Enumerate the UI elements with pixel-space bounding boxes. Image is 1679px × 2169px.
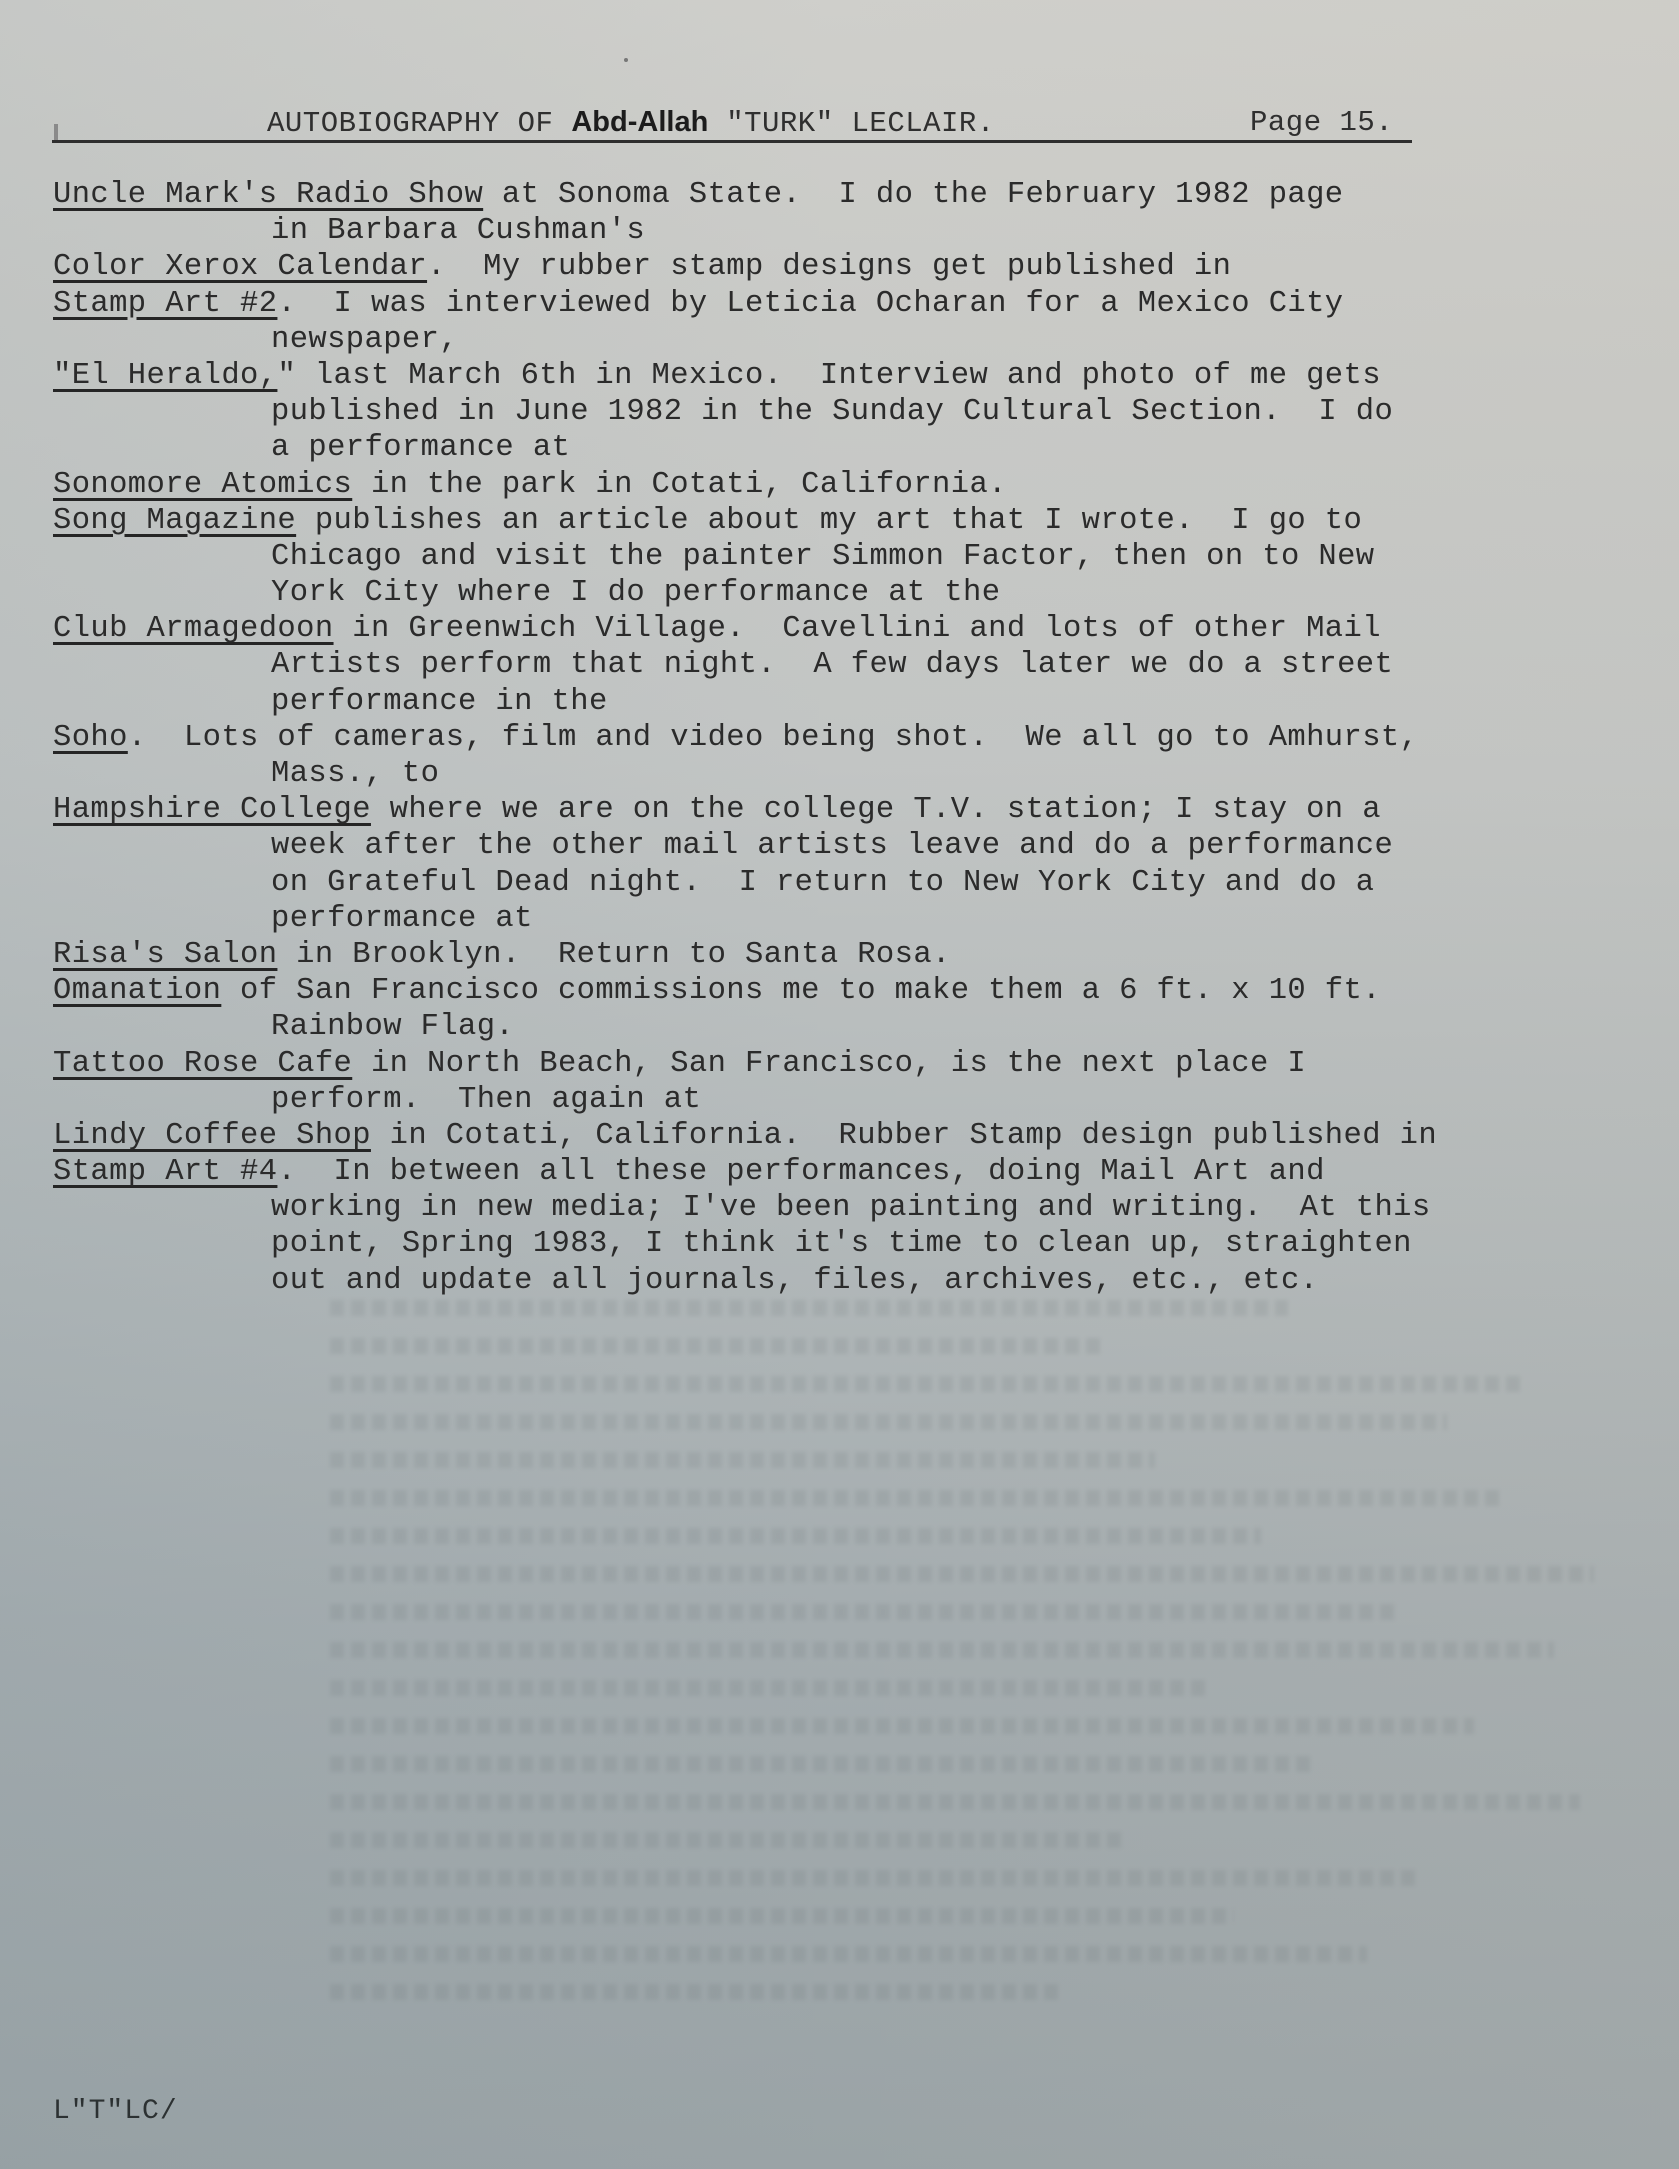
- continuation-line: newspaper,: [53, 322, 1673, 358]
- underlined-venue-title: Stamp Art #4: [53, 1155, 277, 1189]
- line-text: in North Beach, San Francisco, is the ne…: [352, 1047, 1306, 1081]
- body-text: Uncle Mark's Radio Show at Sonoma State.…: [53, 177, 1673, 1299]
- entry-line: Club Armagedoon in Greenwich Village. Ca…: [53, 611, 1673, 647]
- title-suffix: "TURK" LECLAIR.: [708, 107, 994, 140]
- continuation-line: point, Spring 1983, I think it's time to…: [53, 1226, 1673, 1262]
- line-text: on Grateful Dead night. I return to New …: [271, 866, 1374, 900]
- underlined-venue-title: Sonomore Atomics: [53, 468, 352, 502]
- title-prefix: AUTOBIOGRAPHY OF: [267, 107, 571, 140]
- line-text: where we are on the college T.V. station…: [371, 793, 1381, 827]
- underlined-venue-title: Stamp Art #2: [53, 287, 277, 321]
- continuation-line: Artists perform that night. A few days l…: [53, 647, 1673, 683]
- line-text: newspaper,: [271, 323, 458, 357]
- line-text: out and update all journals, files, arch…: [271, 1264, 1318, 1298]
- underlined-venue-title: "El Heraldo,: [53, 359, 277, 393]
- line-text: . In between all these performances, doi…: [277, 1155, 1324, 1189]
- continuation-line: out and update all journals, files, arch…: [53, 1263, 1673, 1299]
- line-text: Mass., to: [271, 757, 439, 791]
- entry-line: Hampshire College where we are on the co…: [53, 792, 1673, 828]
- entry-line: Song Magazine publishes an article about…: [53, 503, 1673, 539]
- line-text: in Brooklyn. Return to Santa Rosa.: [277, 938, 950, 972]
- entry-line: Risa's Salon in Brooklyn. Return to Sant…: [53, 937, 1673, 973]
- line-text: published in June 1982 in the Sunday Cul…: [271, 395, 1393, 429]
- entry-line: Lindy Coffee Shop in Cotati, California.…: [53, 1118, 1673, 1154]
- line-text: week after the other mail artists leave …: [271, 829, 1393, 863]
- line-text: perform. Then again at: [271, 1083, 701, 1117]
- reverse-side-show-through: [330, 1300, 1660, 2060]
- page-number: Page 15.: [1250, 106, 1393, 139]
- page-header: AUTOBIOGRAPHY OF Abd-Allah "TURK" LECLAI…: [52, 104, 1412, 143]
- line-text: York City where I do performance at the: [271, 576, 1000, 610]
- paper-speck: [624, 58, 628, 62]
- typist-initials: L"T"LC/: [53, 2096, 178, 2127]
- underlined-venue-title: Song Magazine: [53, 504, 296, 538]
- line-text: point, Spring 1983, I think it's time to…: [271, 1227, 1412, 1261]
- entry-line: Omanation of San Francisco commissions m…: [53, 973, 1673, 1009]
- continuation-line: perform. Then again at: [53, 1082, 1673, 1118]
- continuation-line: performance in the: [53, 684, 1673, 720]
- continuation-line: on Grateful Dead night. I return to New …: [53, 865, 1673, 901]
- line-text: . Lots of cameras, film and video being …: [128, 721, 1419, 755]
- continuation-line: working in new media; I've been painting…: [53, 1190, 1673, 1226]
- line-text: of San Francisco commissions me to make …: [221, 974, 1381, 1008]
- continuation-line: Rainbow Flag.: [53, 1009, 1673, 1045]
- line-text: at Sonoma State. I do the February 1982 …: [483, 178, 1343, 212]
- line-text: Chicago and visit the painter Simmon Fac…: [271, 540, 1374, 574]
- line-text: Rainbow Flag.: [271, 1010, 514, 1044]
- line-text: publishes an article about my art that I…: [296, 504, 1362, 538]
- underlined-venue-title: Risa's Salon: [53, 938, 277, 972]
- underlined-venue-title: Lindy Coffee Shop: [53, 1119, 371, 1153]
- line-text: in Barbara Cushman's: [271, 214, 645, 248]
- entry-line: Stamp Art #2. I was interviewed by Letic…: [53, 286, 1673, 322]
- continuation-line: week after the other mail artists leave …: [53, 828, 1673, 864]
- entry-line: "El Heraldo," last March 6th in Mexico. …: [53, 358, 1673, 394]
- continuation-line: Chicago and visit the painter Simmon Fac…: [53, 539, 1673, 575]
- line-text: performance at: [271, 902, 533, 936]
- line-text: performance in the: [271, 685, 608, 719]
- underlined-venue-title: Color Xerox Calendar: [53, 250, 427, 284]
- underlined-venue-title: Tattoo Rose Cafe: [53, 1047, 352, 1081]
- underlined-venue-title: Omanation: [53, 974, 221, 1008]
- continuation-line: York City where I do performance at the: [53, 575, 1673, 611]
- entry-line: Stamp Art #4. In between all these perfo…: [53, 1154, 1673, 1190]
- line-text: working in new media; I've been painting…: [271, 1191, 1431, 1225]
- line-text: a performance at: [271, 431, 570, 465]
- underlined-venue-title: Hampshire College: [53, 793, 371, 827]
- line-text: in the park in Cotati, California.: [352, 468, 1007, 502]
- handwritten-name: Abd-Allah: [571, 106, 708, 138]
- entry-line: Sonomore Atomics in the park in Cotati, …: [53, 467, 1673, 503]
- line-text: in Cotati, California. Rubber Stamp desi…: [371, 1119, 1437, 1153]
- underlined-venue-title: Soho: [53, 721, 128, 755]
- entry-line: Tattoo Rose Cafe in North Beach, San Fra…: [53, 1046, 1673, 1082]
- line-text: " last March 6th in Mexico. Interview an…: [277, 359, 1380, 393]
- entry-line: Soho. Lots of cameras, film and video be…: [53, 720, 1673, 756]
- continuation-line: Mass., to: [53, 756, 1673, 792]
- line-text: in Greenwich Village. Cavellini and lots…: [334, 612, 1381, 646]
- line-text: . My rubber stamp designs get published …: [427, 250, 1231, 284]
- continuation-line: performance at: [53, 901, 1673, 937]
- line-text: Artists perform that night. A few days l…: [271, 648, 1393, 682]
- underlined-venue-title: Club Armagedoon: [53, 612, 334, 646]
- continuation-line: a performance at: [53, 430, 1673, 466]
- line-text: . I was interviewed by Leticia Ocharan f…: [277, 287, 1343, 321]
- entry-line: Color Xerox Calendar. My rubber stamp de…: [53, 249, 1673, 285]
- entry-line: Uncle Mark's Radio Show at Sonoma State.…: [53, 177, 1673, 213]
- document-title: AUTOBIOGRAPHY OF Abd-Allah "TURK" LECLAI…: [267, 106, 995, 140]
- continuation-line: published in June 1982 in the Sunday Cul…: [53, 394, 1673, 430]
- continuation-line: in Barbara Cushman's: [53, 213, 1673, 249]
- underlined-venue-title: Uncle Mark's Radio Show: [53, 178, 483, 212]
